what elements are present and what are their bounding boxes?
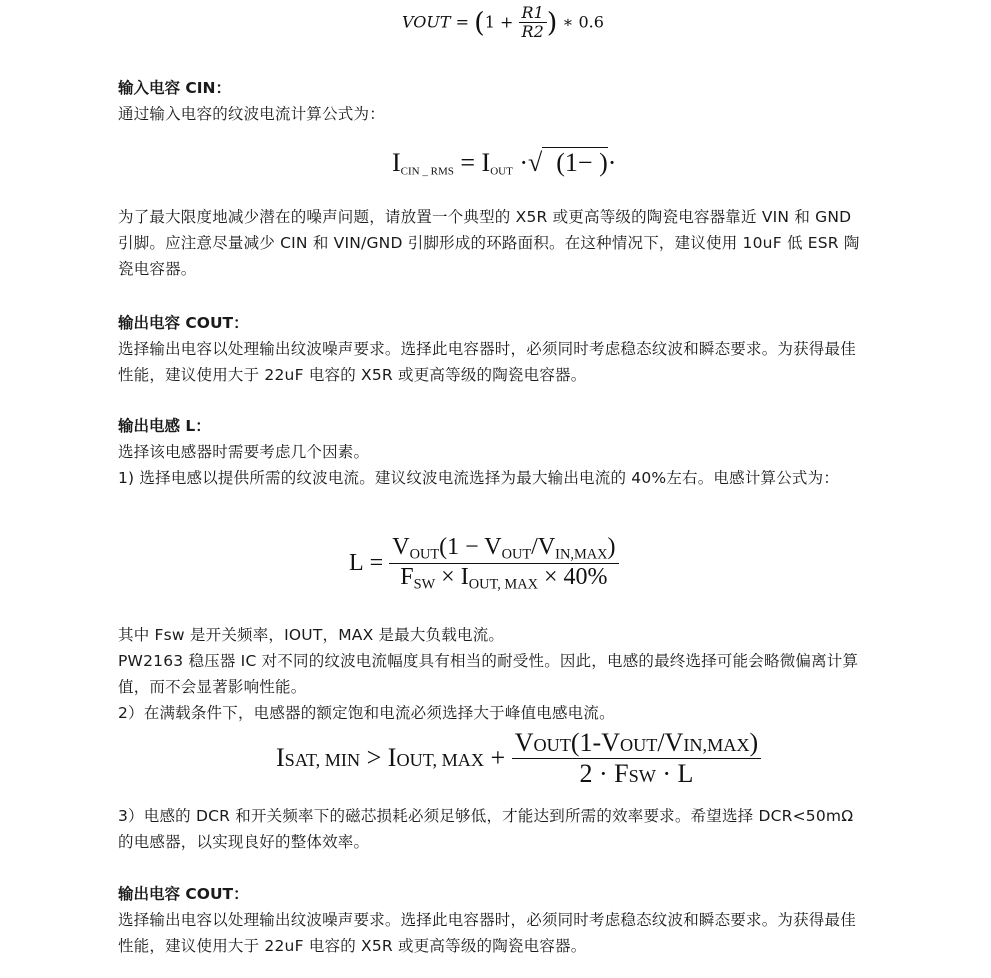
numerator-inductor: VOUT(1 − VOUT/VIN,MAX) [389,534,618,564]
sub-out: OUT [410,546,440,562]
numerator-isat: VOUT(1-VOUT/VIN,MAX) [512,728,762,759]
eq-equals: = [370,550,384,576]
sc-sw: SW [629,766,656,786]
sc-out: OUT [533,735,570,755]
eq-plus: + [500,12,513,31]
numerator-r1: R1 [519,4,547,23]
dot-l: · L [656,759,694,788]
eq-times: ∗ [562,12,573,31]
i: I [276,743,285,772]
heading-cout-2: 输出电容 COUT： [118,881,863,907]
inductor-item-3: 3）电感的 DCR 和开关频率下的磁芯损耗必须足够低，才能达到所需的效率要求。希… [118,803,863,855]
eq-equals: = [456,12,469,31]
inductor-notes: 其中 Fsw 是开关频率，IOUT，MAX 是最大负载电流。 PW2163 稳压… [118,622,863,726]
slash-v: /V [531,534,555,560]
eq-dot: · [519,148,528,177]
cin-paragraph: 为了最大限度地减少潜在的噪声问题，请放置一个典型的 X5R 或更高等级的陶瓷电容… [118,204,863,282]
eq-equals: = [460,148,475,177]
sc-out: OUT [620,735,657,755]
heading-inductor: 输出电感 L： [118,413,863,439]
eq-one: 1 [485,12,495,31]
left-paren: ( [474,7,485,38]
inductor-intro: 选择该电感器时需要考虑几个因素。 [118,439,863,465]
eq-vout-lhs: VOUT [402,12,451,31]
denominator-inductor: FSW × IOUT, MAX × 40% [397,564,610,593]
sc-out-max: OUT, MAX [396,750,484,770]
section-inductor: 输出电感 L： 选择该电感器时需要考虑几个因素。 1) 选择电感以提供所需的纹波… [118,413,863,491]
section-cin: 输入电容 CIN： 通过输入电容的纹波电流计算公式为： [118,75,863,127]
v: V [515,728,534,757]
sc-sat-min: SAT, MIN [285,750,360,770]
denominator-r2: R2 [519,23,547,41]
eq-dot-tail: · [608,148,617,177]
plus: + [484,743,512,772]
section-cout-1: 输出电容 COUT： 选择输出电容以处理输出纹波噪声要求。选择此电容器时，必须同… [118,310,863,388]
close-paren: ) [608,534,616,560]
inductor-item-1: 1) 选择电感以提供所需的纹波电流。建议纹波电流选择为最大输出电流的 40%左右… [118,465,863,491]
inductor-item-3-block: 3）电感的 DCR 和开关频率下的磁芯损耗必须足够低，才能达到所需的效率要求。希… [118,803,863,855]
eq-ref-voltage: 0.6 [578,12,603,31]
eq-isat-lhs: ISAT, MIN > IOUT, MAX + [276,743,512,772]
sub-in-max: IN,MAX [555,546,607,562]
v: V [392,534,409,560]
two-f: 2 · F [579,759,628,788]
equation-inductor: L = VOUT(1 − VOUT/VIN,MAX) FSW × IOUT, M… [349,534,619,593]
cout-1-paragraph: 选择输出电容以处理输出纹波噪声要求。选择此电容器时，必须同时考虑稳态纹波和瞬态要… [118,336,863,388]
eq-sqrt-body: (1− ) [542,147,607,178]
denominator-isat: 2 · FSW · L [576,759,696,789]
inductor-item-2: 2）在满载条件下，电感器的额定饱和电流必须选择大于峰值电感电流。 [118,700,863,726]
equation-cin-rms: ICIN _ RMS = IOUT ·√(1− )· [392,147,616,178]
sub-out-max: OUT, MAX [469,576,538,592]
sc-in-max: IN,MAX [683,735,749,755]
f: F [400,564,413,590]
sqrt-icon: √ [528,148,542,177]
times-i: × I [435,564,469,590]
eq-l: L [349,550,364,576]
fraction-inductor: VOUT(1 − VOUT/VIN,MAX) FSW × IOUT, MAX ×… [389,534,618,593]
fraction-isat: VOUT(1-VOUT/VIN,MAX) 2 · FSW · L [512,728,762,789]
heading-cin: 输入电容 CIN： [118,75,863,101]
times-40: × 40% [538,564,608,590]
close-paren: ) [750,728,759,757]
slash-v: /V [657,728,683,757]
gt: > [360,743,388,772]
sub-out: OUT [502,546,532,562]
eq-i-out: I [482,148,491,177]
cin-intro: 通过输入电容的纹波电流计算公式为： [118,101,863,127]
equation-vout: VOUT = (1 + R1 R2 ) ∗ 0.6 [402,4,604,42]
right-paren: ) [547,7,558,38]
cin-paragraph-block: 为了最大限度地减少潜在的噪声问题，请放置一个典型的 X5R 或更高等级的陶瓷电容… [118,204,863,282]
section-cout-2: 输出电容 COUT： 选择输出电容以处理输出纹波噪声要求。选择此电容器时，必须同… [118,881,863,959]
fraction-r1-r2: R1 R2 [519,4,547,42]
eq-sub-out: OUT [490,165,513,177]
eq-sub-cin-rms: CIN _ RMS [401,165,454,177]
minus-v: (1 − V [439,534,501,560]
heading-cout-1: 输出电容 COUT： [118,310,863,336]
minus-v: (1-V [571,728,620,757]
inductor-where: 其中 Fsw 是开关频率，IOUT，MAX 是最大负载电流。 [118,622,863,648]
equation-isat: ISAT, MIN > IOUT, MAX + VOUT(1-VOUT/VIN,… [276,728,761,789]
cout-2-paragraph: 选择输出电容以处理输出纹波噪声要求。选择此电容器时，必须同时考虑稳态纹波和瞬态要… [118,907,863,959]
eq-i-cin: I [392,148,401,177]
inductor-tolerance: PW2163 稳压器 IC 对不同的纹波电流幅度具有相当的耐受性。因此，电感的最… [118,648,863,700]
sub-sw: SW [414,576,436,592]
